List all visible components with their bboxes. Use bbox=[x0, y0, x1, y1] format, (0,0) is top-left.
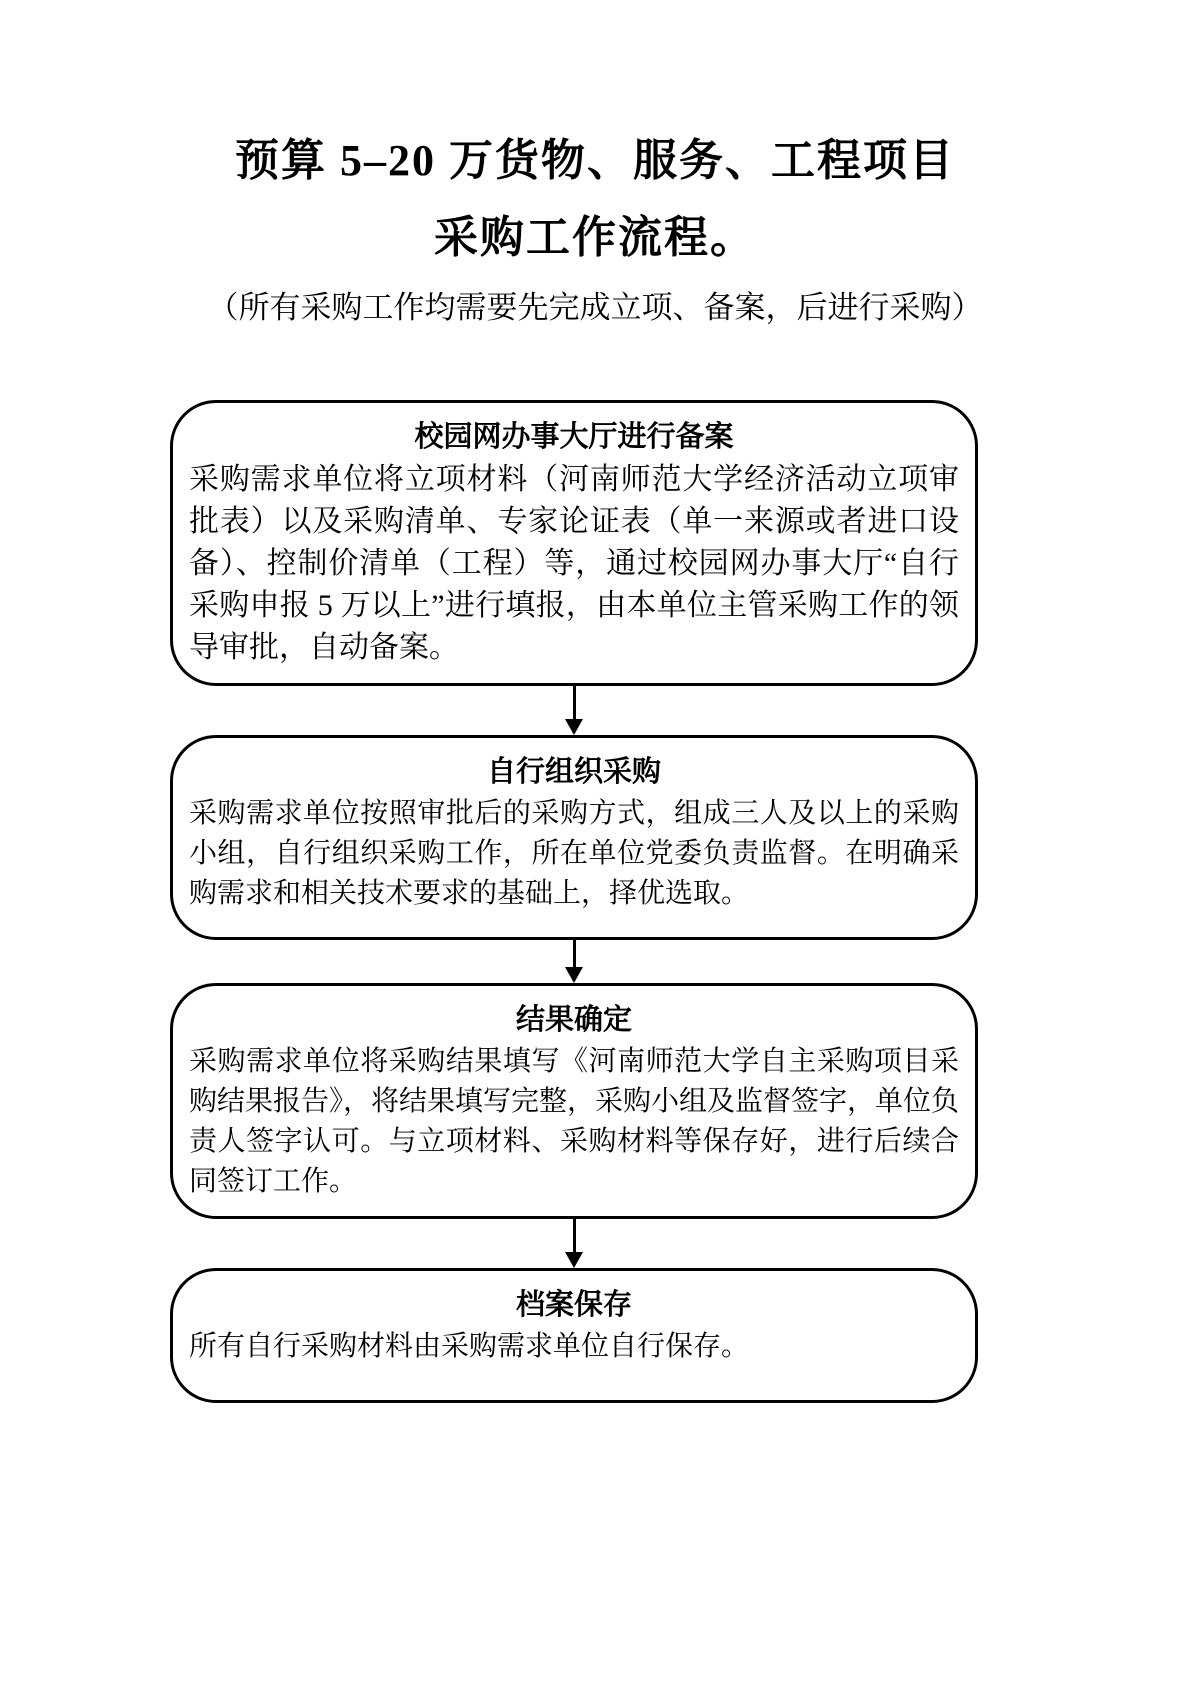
flow-step-self-organized-procurement: 自行组织采购 采购需求单位按照审批后的采购方式，组成三人及以上的采购小组，自行组… bbox=[170, 735, 978, 940]
flow-step-body: 采购需求单位按照审批后的采购方式，组成三人及以上的采购小组，自行组织采购工作，所… bbox=[189, 794, 959, 914]
arrow-down-icon bbox=[170, 940, 978, 983]
flow-step-heading: 自行组织采购 bbox=[189, 750, 959, 794]
flow-step-campus-network-filing: 校园网办事大厅进行备案 采购需求单位将立项材料（河南师范大学经济活动立项审批表）… bbox=[170, 400, 978, 686]
flow-step-body: 采购需求单位将采购结果填写《河南师范大学自主采购项目采购结果报告》，将结果填写完… bbox=[189, 1042, 959, 1202]
arrow-shaft bbox=[573, 686, 576, 719]
arrow-head-icon bbox=[565, 967, 583, 983]
document-page: 预算 5–20 万货物、服务、工程项目 采购工作流程。 （所有采购工作均需要先完… bbox=[0, 0, 1190, 1683]
arrow-shaft bbox=[573, 940, 576, 967]
arrow-head-icon bbox=[565, 1252, 583, 1268]
flow-step-result-confirmation: 结果确定 采购需求单位将采购结果填写《河南师范大学自主采购项目采购结果报告》，将… bbox=[170, 983, 978, 1219]
document-subtitle: （所有采购工作均需要先完成立项、备案，后进行采购） bbox=[0, 288, 1190, 328]
arrow-down-icon bbox=[170, 1219, 978, 1268]
flow-step-heading: 结果确定 bbox=[189, 998, 959, 1042]
arrow-down-icon bbox=[170, 686, 978, 735]
arrow-shaft bbox=[573, 1219, 576, 1252]
flow-step-archive-preservation: 档案保存 所有自行采购材料由采购需求单位自行保存。 bbox=[170, 1268, 978, 1403]
flow-step-body: 所有自行采购材料由采购需求单位自行保存。 bbox=[189, 1327, 959, 1367]
flow-step-body: 采购需求单位将立项材料（河南师范大学经济活动立项审批表）以及采购清单、专家论证表… bbox=[189, 459, 959, 669]
procurement-flowchart: 校园网办事大厅进行备案 采购需求单位将立项材料（河南师范大学经济活动立项审批表）… bbox=[170, 400, 978, 1403]
arrow-head-icon bbox=[565, 719, 583, 735]
document-title-line-2: 采购工作流程。 bbox=[0, 199, 1190, 276]
flow-step-heading: 档案保存 bbox=[189, 1283, 959, 1327]
flow-step-heading: 校园网办事大厅进行备案 bbox=[189, 415, 959, 459]
document-title: 预算 5–20 万货物、服务、工程项目 采购工作流程。 bbox=[0, 122, 1190, 276]
document-title-line-1: 预算 5–20 万货物、服务、工程项目 bbox=[0, 122, 1190, 199]
